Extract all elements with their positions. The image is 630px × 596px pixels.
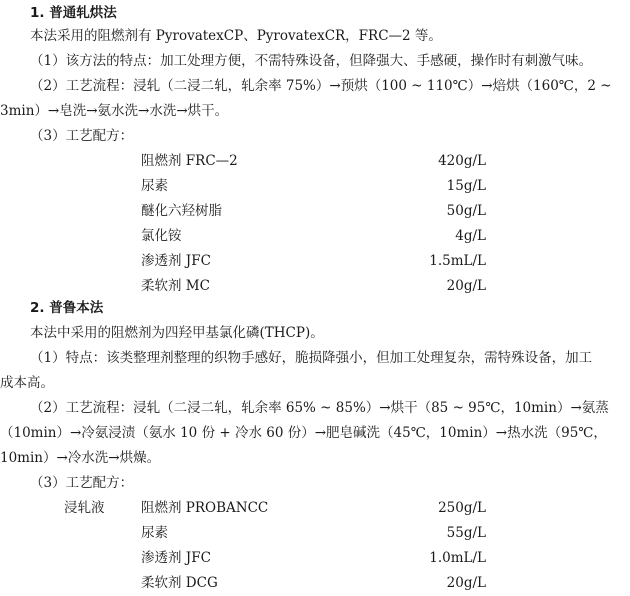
recipe-row: 柔软剂 DCG 20g/L: [141, 573, 486, 593]
ingredient-value: 4g/L: [455, 226, 486, 246]
ingredient-value: 1.0mL/L: [429, 548, 486, 568]
ingredient-name: 阻燃剂 PROBANCC: [141, 498, 268, 518]
ingredient-name: 尿素: [141, 523, 168, 543]
section-1-intro: 本法采用的阻燃剂有 PyrovatexCP、PyrovatexCR，FRC—2 …: [30, 26, 442, 46]
section-2-process-line-3: 10min）→冷水洗→烘燥。: [0, 448, 160, 468]
ingredient-value: 250g/L: [438, 498, 486, 518]
ingredient-name: 醚化六羟树脂: [141, 201, 222, 221]
ingredient-value: 1.5mL/L: [429, 251, 486, 271]
recipe-row: 渗透剂 JFC 1.0mL/L: [141, 548, 486, 568]
section-2-feature-line-1: （1）特点：该类整理剂整理的织物手感好，脆损降强小，但加工处理复杂，需特殊设备，…: [30, 348, 592, 368]
ingredient-value: 50g/L: [447, 201, 486, 221]
section-2-intro: 本法中采用的阻燃剂为四羟甲基氯化磷(THCP)。: [30, 323, 324, 343]
ingredient-value: 20g/L: [447, 276, 486, 296]
ingredient-name: 氯化铵: [141, 226, 182, 246]
section-1-process-line-1: （2）工艺流程：浸轧（二浸二轧，轧余率 75%）→预烘（100 ~ 110℃）→…: [30, 76, 612, 96]
recipe-row: 渗透剂 JFC 1.5mL/L: [141, 251, 486, 271]
ingredient-name: 阻燃剂 FRC—2: [141, 151, 238, 171]
ingredient-name: 渗透剂 JFC: [141, 251, 211, 271]
section-1-heading: 1. 普通轧烘法: [30, 3, 117, 23]
ingredient-name: 柔软剂 MC: [141, 276, 210, 296]
section-2-recipe-label: （3）工艺配方：: [30, 473, 133, 493]
ingredient-value: 420g/L: [438, 151, 486, 171]
recipe-row: 尿素 15g/L: [141, 176, 486, 196]
ingredient-value: 20g/L: [447, 573, 486, 593]
recipe-row: 柔软剂 MC 20g/L: [141, 276, 486, 296]
ingredient-name: 尿素: [141, 176, 168, 196]
ingredient-name: 柔软剂 DCG: [141, 573, 218, 593]
section-1-recipe-label: （3）工艺配方：: [30, 126, 133, 146]
section-2-process-line-1: （2）工艺流程：浸轧（二浸二轧，轧余率 65% ~ 85%）→烘干（85 ~ 9…: [30, 398, 609, 418]
recipe-row: 尿素 55g/L: [141, 523, 486, 543]
recipe-row: 醚化六羟树脂 50g/L: [141, 201, 486, 221]
bath-label: 浸轧液: [64, 498, 105, 518]
section-2-feature-line-2: 成本高。: [0, 373, 54, 393]
ingredient-value: 55g/L: [447, 523, 486, 543]
section-1-feature: （1）该方法的特点：加工处理方便，不需特殊设备，但降强大、手感硬，操作时有刺激气…: [30, 51, 592, 71]
ingredient-value: 15g/L: [447, 176, 486, 196]
recipe-row: 氯化铵 4g/L: [141, 226, 486, 246]
section-2-process-line-2: （10min）→冷氨浸渍（氨水 10 份 + 冷水 60 份）→肥皂碱洗（45℃…: [0, 423, 607, 443]
recipe-row: 阻燃剂 PROBANCC 250g/L: [141, 498, 486, 518]
section-2-heading: 2. 普鲁本法: [30, 298, 103, 318]
section-1-process-line-2: 3min）→皂洗→氨水洗→水洗→烘干。: [0, 101, 228, 121]
recipe-row: 阻燃剂 FRC—2 420g/L: [141, 151, 486, 171]
ingredient-name: 渗透剂 JFC: [141, 548, 211, 568]
